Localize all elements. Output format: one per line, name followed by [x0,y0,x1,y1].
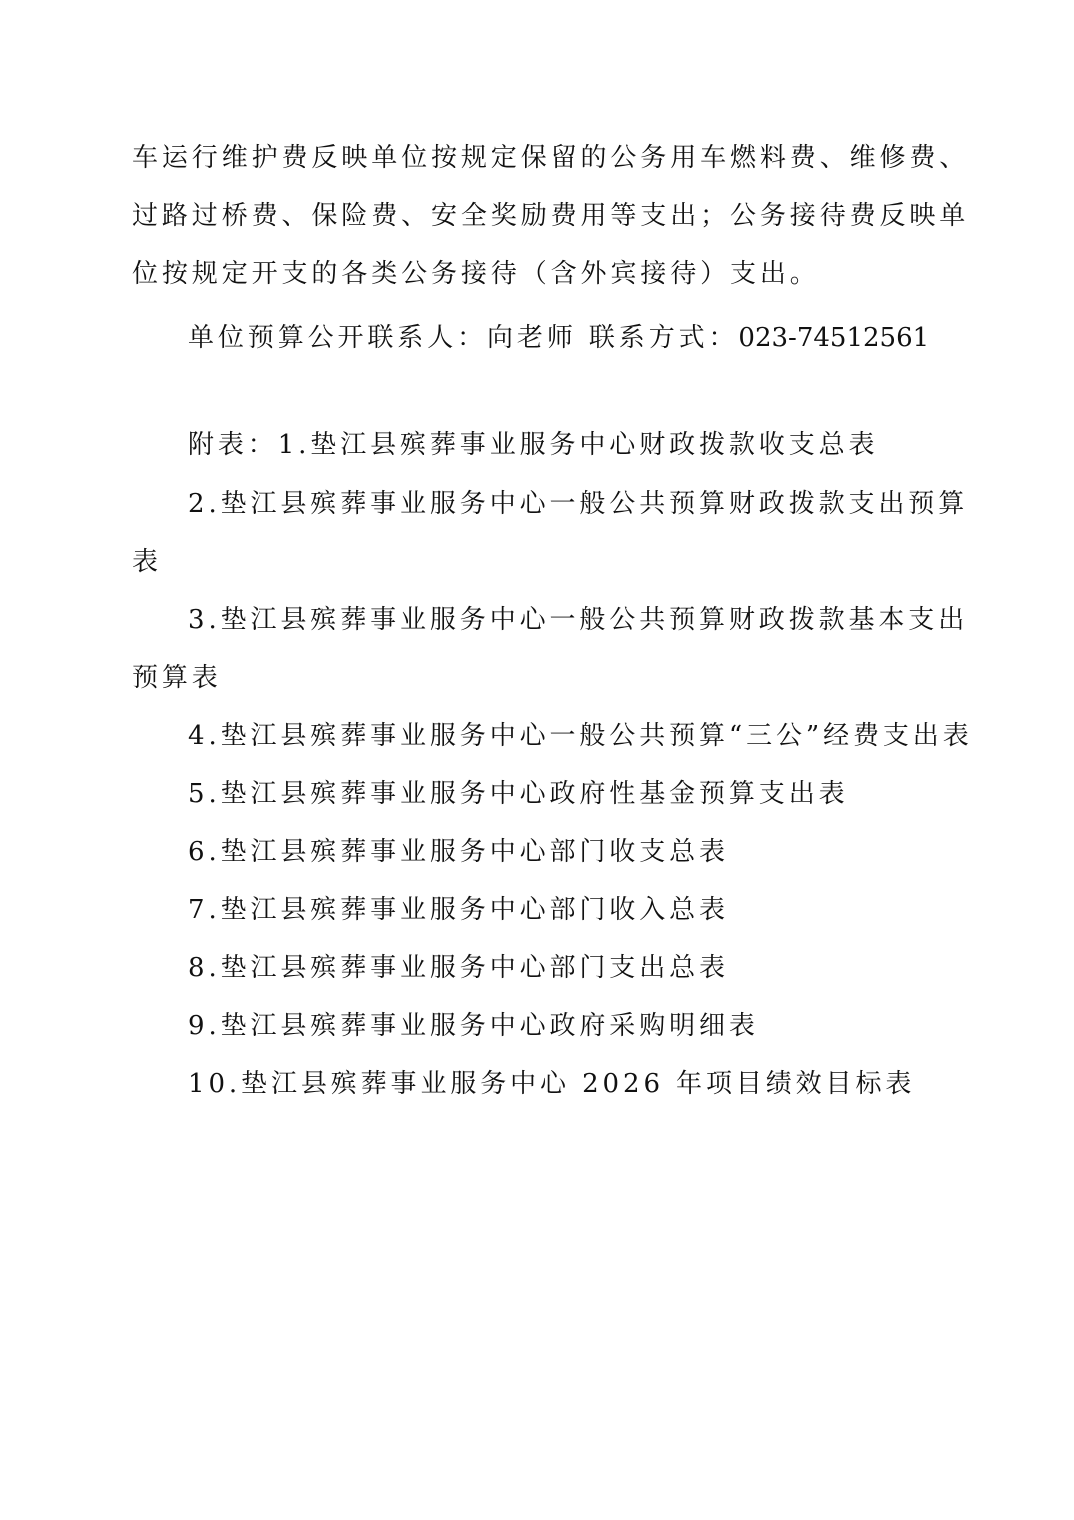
attachment-item-10: 10.垫江县殡葬事业服务中心 2026 年项目绩效目标表 [188,1069,915,1099]
contact-name: 向老师 [487,323,577,353]
attachment-item-9: 9.垫江县殡葬事业服务中心政府采购明细表 [188,1011,759,1041]
attachment-item-6: 6.垫江县殡葬事业服务中心部门收支总表 [188,837,729,867]
attachment-item-3-continuation: 预算表 [132,663,222,693]
attachment-item-2: 2.垫江县殡葬事业服务中心一般公共预算财政拨款支出预算 [188,489,968,519]
attachment-item-text: 1.垫江县殡葬事业服务中心财政拨款收支总表 [278,430,879,460]
contact-phone: 023-74512561 [738,323,929,353]
attachment-item-1: 附表：1.垫江县殡葬事业服务中心财政拨款收支总表 [188,430,878,460]
attachments-heading: 附表： [188,430,278,460]
paragraph-line: 过路过桥费、保险费、安全奖励费用等支出；公务接待费反映单 [132,201,969,231]
document-page: 车运行维护费反映单位按规定保留的公务用车燃料费、维修费、 过路过桥费、保险费、安… [0,0,1074,1520]
contact-label: 单位预算公开联系人： [188,323,487,353]
attachment-item-5: 5.垫江县殡葬事业服务中心政府性基金预算支出表 [188,779,849,809]
attachment-item-8: 8.垫江县殡葬事业服务中心部门支出总表 [188,953,729,983]
contact-line: 单位预算公开联系人：向老师 联系方式：023-74512561 [188,323,929,353]
contact-method-label: 联系方式： [589,323,739,353]
attachment-item-3: 3.垫江县殡葬事业服务中心一般公共预算财政拨款基本支出 [188,605,968,635]
attachment-item-4: 4.垫江县殡葬事业服务中心一般公共预算“三公”经费支出表 [188,721,973,751]
attachment-item-7: 7.垫江县殡葬事业服务中心部门收入总表 [188,895,729,925]
paragraph-line: 车运行维护费反映单位按规定保留的公务用车燃料费、维修费、 [132,143,969,173]
paragraph-line: 位按规定开支的各类公务接待（含外宾接待）支出。 [132,259,820,289]
attachment-item-2-continuation: 表 [132,547,162,577]
